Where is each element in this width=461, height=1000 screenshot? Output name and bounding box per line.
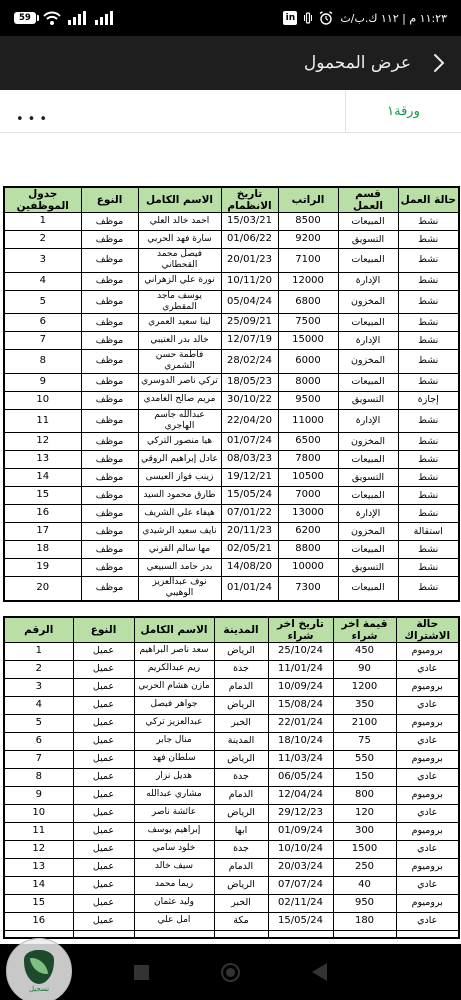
back-chevron-icon[interactable] <box>433 53 445 73</box>
cell-last-purchase-date[interactable]: 25/10/24 <box>268 642 333 660</box>
cell-name[interactable]: عبدالعزيز تركي <box>134 714 214 732</box>
cell-join-date[interactable]: 05/04/24 <box>221 290 278 314</box>
cell-name[interactable]: مها سالم القرني <box>138 541 221 559</box>
cell-num[interactable]: 3 <box>4 678 73 696</box>
cell-type[interactable]: موظف <box>81 559 138 577</box>
cell-name[interactable]: فاطمة حسن الشمري <box>138 350 221 374</box>
header-last-purchase-value[interactable]: قيمة اخر شراء <box>333 617 396 643</box>
cell-city[interactable]: مكة <box>214 912 268 930</box>
cell-name[interactable]: عائشة ناصر <box>134 804 214 822</box>
watermark-text: تسجيل <box>29 985 49 993</box>
cell-name[interactable]: يوسف ماجد المقطري <box>138 290 221 314</box>
cell-num[interactable]: 8 <box>4 350 81 374</box>
header-full-name[interactable]: الاسم الكامل <box>134 617 214 643</box>
cell-status[interactable]: نشط <box>398 350 459 374</box>
cell-num[interactable]: 12 <box>4 433 81 451</box>
cell-last-purchase-value[interactable]: 2100 <box>333 714 396 732</box>
cell-type[interactable]: موظف <box>81 409 138 433</box>
cell-name[interactable]: مريم صالح الغامدي <box>138 391 221 409</box>
cell-department[interactable]: المبيعات <box>338 487 398 505</box>
cell-type[interactable]: عميل <box>73 804 134 822</box>
cell-type[interactable]: عميل <box>73 894 134 912</box>
cell-city[interactable]: الدمام <box>214 786 268 804</box>
cell-department[interactable]: المخزون <box>338 290 398 314</box>
cell-last-purchase-date[interactable]: 29/12/23 <box>268 804 333 822</box>
cell-status[interactable]: نشط <box>398 541 459 559</box>
cell-salary[interactable]: 13000 <box>278 505 338 523</box>
cell-num[interactable]: 17 <box>4 523 81 541</box>
cell-num[interactable]: 2 <box>4 660 73 678</box>
cell-type[interactable]: موظف <box>81 231 138 249</box>
cell-num[interactable]: 19 <box>4 559 81 577</box>
table-row: بروميوم55011/03/24الرياضسلطان فهدعميل7 <box>4 750 459 768</box>
cell-last-purchase-date[interactable]: 10/09/24 <box>268 678 333 696</box>
cell-subscription-status[interactable]: بروميوم <box>396 786 459 804</box>
header-type[interactable]: النوع <box>73 617 134 643</box>
cell-type[interactable]: موظف <box>81 541 138 559</box>
cell-name[interactable]: مازن هشام الحربي <box>134 678 214 696</box>
cell-department[interactable]: المخزون <box>338 523 398 541</box>
cell-type[interactable]: عميل <box>73 822 134 840</box>
header-full-name[interactable]: الاسم الكامل <box>138 187 221 213</box>
cell-city[interactable]: الدمام <box>214 678 268 696</box>
more-menu-icon[interactable]: ••• <box>16 113 51 126</box>
cell-last-purchase-value[interactable]: 1500 <box>333 840 396 858</box>
table-row: نشطالإدارة1200010/11/20نورة علي الزهراني… <box>4 272 459 290</box>
header-employees-label[interactable]: جدول الموظفين <box>4 187 81 213</box>
cell-num[interactable]: 7 <box>4 332 81 350</box>
header-salary[interactable]: الراتب <box>278 187 338 213</box>
cell-type[interactable]: عميل <box>73 660 134 678</box>
cell-last-purchase-date[interactable]: 20/03/24 <box>268 858 333 876</box>
cell-city[interactable]: الخبر <box>214 714 268 732</box>
cell-subscription-status[interactable]: عادي <box>396 876 459 894</box>
cell-name[interactable]: سيف خالد <box>134 858 214 876</box>
cell-status[interactable]: نشط <box>398 373 459 391</box>
cell-department[interactable]: المبيعات <box>338 451 398 469</box>
cell-last-purchase-value[interactable]: 350 <box>333 696 396 714</box>
cell-type[interactable]: موظف <box>81 272 138 290</box>
cell-status[interactable]: استقالة <box>398 523 459 541</box>
cell-type[interactable]: موظف <box>81 290 138 314</box>
cell-num[interactable]: 4 <box>4 696 73 714</box>
cell-last-purchase-date[interactable]: 22/01/24 <box>268 714 333 732</box>
cell-salary[interactable]: 8800 <box>278 541 338 559</box>
cell-city[interactable]: الرياض <box>214 876 268 894</box>
table-row: عادي15006/05/24جدةهديل نزارعميل8 <box>4 768 459 786</box>
cell-name[interactable]: نوف عبدالعزيز الوهيبي <box>138 577 221 601</box>
cell-salary[interactable]: 8500 <box>278 213 338 231</box>
cell-department[interactable]: المبيعات <box>338 373 398 391</box>
cell-subscription-status[interactable]: عادي <box>396 660 459 678</box>
cell-join-date[interactable]: 01/06/22 <box>221 231 278 249</box>
header-city[interactable]: المدينة <box>214 617 268 643</box>
cell-last-purchase-value[interactable]: 800 <box>333 786 396 804</box>
cell-type[interactable]: موظف <box>81 373 138 391</box>
header-department[interactable]: قسم العمل <box>338 187 398 213</box>
cell-subscription-status[interactable]: بروميوم <box>396 642 459 660</box>
cell-status[interactable]: نشط <box>398 505 459 523</box>
cell-join-date[interactable]: 12/07/19 <box>221 332 278 350</box>
cell-join-date[interactable]: 30/10/22 <box>221 391 278 409</box>
table-row: نشطالمبيعات800018/05/23تركي ناصر الدوسري… <box>4 373 459 391</box>
header-type[interactable]: النوع <box>81 187 138 213</box>
cell-num[interactable]: 6 <box>4 314 81 332</box>
cell-last-purchase-date[interactable]: 11/01/24 <box>268 660 333 678</box>
cell-name[interactable]: خالد بدر العتيبي <box>138 332 221 350</box>
cell-join-date[interactable]: 19/12/21 <box>221 469 278 487</box>
cell-status[interactable]: نشط <box>398 487 459 505</box>
cell-subscription-status[interactable]: عادي <box>396 912 459 930</box>
cell-type[interactable]: عميل <box>73 840 134 858</box>
cell-type[interactable]: عميل <box>73 876 134 894</box>
cell-last-purchase-value[interactable]: 1200 <box>333 678 396 696</box>
sheet-tab[interactable]: ورقة١ <box>345 90 461 132</box>
cell-city[interactable]: الخبر <box>214 894 268 912</box>
cell-name[interactable]: امل علي <box>134 912 214 930</box>
header-work-status[interactable]: حالة العمل <box>398 187 459 213</box>
table-row: عادي4007/07/24الرياضريما محمدعميل14 <box>4 876 459 894</box>
header-last-purchase-date[interactable]: تاريخ اخر شراء <box>268 617 333 643</box>
cell-num[interactable]: 15 <box>4 894 73 912</box>
linkedin-icon: in <box>283 11 297 25</box>
cell-name[interactable]: احمد خالد العلي <box>138 213 221 231</box>
cell-status[interactable]: نشط <box>398 213 459 231</box>
header-join-date[interactable]: تاريخ الانظمام <box>221 187 278 213</box>
cell-subscription-status[interactable]: عادي <box>396 768 459 786</box>
cell-last-purchase-date[interactable]: 10/10/24 <box>268 840 333 858</box>
cell-last-purchase-value[interactable]: 450 <box>333 642 396 660</box>
cell-department[interactable]: الإدارة <box>338 272 398 290</box>
cell-num[interactable]: 14 <box>4 876 73 894</box>
cell-subscription-status[interactable]: عادي <box>396 696 459 714</box>
cell-type[interactable]: موظف <box>81 577 138 601</box>
cell-name[interactable]: هيفاء علي الشريف <box>138 505 221 523</box>
cell-last-purchase-value[interactable]: 120 <box>333 804 396 822</box>
cell-department[interactable]: التسويق <box>338 469 398 487</box>
cell-last-purchase-date[interactable]: 02/11/24 <box>268 894 333 912</box>
table-row: نشطالمبيعات700015/05/24طارق محمود السيدم… <box>4 487 459 505</box>
cell-last-purchase-value[interactable]: 90 <box>333 660 396 678</box>
cell-num[interactable]: 5 <box>4 714 73 732</box>
cell-join-date[interactable]: 15/03/21 <box>221 213 278 231</box>
cell-num[interactable]: 18 <box>4 541 81 559</box>
cell-type[interactable]: عميل <box>73 750 134 768</box>
cell-name[interactable]: منال جابر <box>134 732 214 750</box>
cell-type[interactable]: عميل <box>73 786 134 804</box>
cell-join-date[interactable]: 22/04/20 <box>221 409 278 433</box>
cell-last-purchase-value[interactable]: 75 <box>333 732 396 750</box>
cell-status[interactable]: نشط <box>398 409 459 433</box>
cell-type[interactable]: عميل <box>73 858 134 876</box>
cell-last-purchase-value[interactable]: 150 <box>333 768 396 786</box>
cell-salary[interactable]: 6800 <box>278 290 338 314</box>
cell-name[interactable]: فيصل محمد القحطاني <box>138 249 221 273</box>
cell-salary[interactable]: 7000 <box>278 487 338 505</box>
cell-num[interactable]: 16 <box>4 505 81 523</box>
cell-name[interactable]: لينا سعيد العمري <box>138 314 221 332</box>
cell-join-date[interactable]: 15/05/24 <box>221 487 278 505</box>
cell-type[interactable]: موظف <box>81 350 138 374</box>
table-row: بروميوم30001/09/24ابهاإبراهيم يوسفعميل11 <box>4 822 459 840</box>
cell-subscription-status[interactable]: عادي <box>396 840 459 858</box>
cell-name[interactable]: سلطان فهد <box>134 750 214 768</box>
cell-join-date[interactable]: 18/05/23 <box>221 373 278 391</box>
employees-table: حالة العمل قسم العمل الراتب تاريخ الانظم… <box>3 186 460 602</box>
cell-num[interactable]: 7 <box>4 750 73 768</box>
cell-status[interactable]: نشط <box>398 314 459 332</box>
cell-join-date[interactable]: 01/01/24 <box>221 577 278 601</box>
cell-num[interactable]: 3 <box>4 249 81 273</box>
cell-status[interactable]: نشط <box>398 469 459 487</box>
cell-num[interactable]: 4 <box>4 272 81 290</box>
cell-num[interactable]: 13 <box>4 858 73 876</box>
cell-salary[interactable]: 7800 <box>278 451 338 469</box>
cell-name[interactable]: طارق محمود السيد <box>138 487 221 505</box>
cell-num[interactable]: 20 <box>4 577 81 601</box>
cell-type[interactable]: موظف <box>81 523 138 541</box>
header-subscription-status[interactable]: حالة الاشتراك <box>396 617 459 643</box>
cell-department[interactable]: المخزون <box>338 350 398 374</box>
cell-num[interactable]: 15 <box>4 487 81 505</box>
cell-subscription-status[interactable]: بروميوم <box>396 822 459 840</box>
cell-type[interactable]: موظف <box>81 469 138 487</box>
cell-num[interactable]: 12 <box>4 840 73 858</box>
cell-join-date[interactable]: 10/11/20 <box>221 272 278 290</box>
cell-name[interactable]: هديل نزار <box>134 768 214 786</box>
cell-name[interactable]: سعد ناصر البراهيم <box>134 642 214 660</box>
cell-last-purchase-date[interactable]: 18/10/24 <box>268 732 333 750</box>
cell-last-purchase-date[interactable]: 15/05/24 <box>268 912 333 930</box>
cell-num[interactable]: 11 <box>4 822 73 840</box>
cell-department[interactable]: الإدارة <box>338 505 398 523</box>
cell-status[interactable]: نشط <box>398 290 459 314</box>
sheet-toolbar: ورقة١ ••• <box>0 90 461 133</box>
cell-salary[interactable]: 6000 <box>278 350 338 374</box>
cell-subscription-status[interactable]: بروميوم <box>396 750 459 768</box>
cell-num[interactable]: 6 <box>4 732 73 750</box>
cell-type[interactable]: عميل <box>73 732 134 750</box>
cell-type[interactable]: عميل <box>73 696 134 714</box>
cell-status[interactable]: إجازة <box>398 391 459 409</box>
cell-name[interactable]: إبراهيم يوسف <box>134 822 214 840</box>
cell-department[interactable]: التسويق <box>338 231 398 249</box>
cell-city[interactable]: المدينة <box>214 732 268 750</box>
cell-status[interactable]: نشط <box>398 577 459 601</box>
cell-last-purchase-date[interactable]: 06/05/24 <box>268 768 333 786</box>
table-row: نشطالمبيعات750025/09/21لينا سعيد العمريم… <box>4 314 459 332</box>
customers-table: حالة الاشتراك قيمة اخر شراء تاريخ اخر شر… <box>3 616 460 940</box>
cell-name[interactable]: نايف سعيد الرشيدي <box>138 523 221 541</box>
cell-salary[interactable]: 6200 <box>278 523 338 541</box>
cell-signal-icon <box>68 11 88 25</box>
cell-subscription-status[interactable]: بروميوم <box>396 858 459 876</box>
cell-type[interactable]: موظف <box>81 213 138 231</box>
cell-num[interactable]: 11 <box>4 409 81 433</box>
cell-join-date[interactable]: 28/02/24 <box>221 350 278 374</box>
cell-name[interactable]: سارة فهد الحربي <box>138 231 221 249</box>
cell-city[interactable]: الرياض <box>214 750 268 768</box>
cell-num[interactable]: 9 <box>4 786 73 804</box>
cell-name[interactable]: ريما محمد <box>134 876 214 894</box>
cell-salary[interactable]: 7100 <box>278 249 338 273</box>
cell-name[interactable]: زينب فواز العيسى <box>138 469 221 487</box>
cell-city[interactable]: ابها <box>214 822 268 840</box>
cell-name[interactable]: عبدالله جاسم الهاجري <box>138 409 221 433</box>
cell-join-date[interactable]: 20/01/23 <box>221 249 278 273</box>
cell-type[interactable]: عميل <box>73 912 134 930</box>
cell-salary[interactable]: 10000 <box>278 559 338 577</box>
cell-type[interactable]: موظف <box>81 433 138 451</box>
empty-cell <box>4 930 73 938</box>
cell-name[interactable]: خلود سامي <box>134 840 214 858</box>
back-button-icon[interactable] <box>312 963 327 981</box>
cell-name[interactable]: ريم عبدالكريم <box>134 660 214 678</box>
cell-department[interactable]: المخزون <box>338 433 398 451</box>
cell-join-date[interactable]: 07/01/22 <box>221 505 278 523</box>
cell-department[interactable]: التسويق <box>338 391 398 409</box>
recents-button-icon[interactable] <box>134 965 149 980</box>
table-row: بروميوم95002/11/24الخبروليد عثمانعميل15 <box>4 894 459 912</box>
cell-num[interactable]: 1 <box>4 213 81 231</box>
cell-type[interactable]: موظف <box>81 332 138 350</box>
cell-num[interactable]: 8 <box>4 768 73 786</box>
cell-type[interactable]: عميل <box>73 642 134 660</box>
status-right-icons: in ١١:٢٣ م | ١١٢ ك.ب/ث <box>283 11 447 25</box>
empty-cell <box>333 930 396 938</box>
cell-status[interactable]: نشط <box>398 433 459 451</box>
cell-join-date[interactable]: 08/03/23 <box>221 451 278 469</box>
vibrate-icon <box>304 12 312 24</box>
cell-city[interactable]: جدة <box>214 840 268 858</box>
cell-last-purchase-date[interactable]: 07/07/24 <box>268 876 333 894</box>
cell-status[interactable]: نشط <box>398 249 459 273</box>
cell-salary[interactable]: 9200 <box>278 231 338 249</box>
cell-city[interactable]: جدة <box>214 768 268 786</box>
cell-last-purchase-value[interactable]: 250 <box>333 858 396 876</box>
cell-last-purchase-date[interactable]: 11/03/24 <box>268 750 333 768</box>
header-number[interactable]: الرقم <box>4 617 73 643</box>
table-row: نشطالتسويق1050019/12/21زينب فواز العيسىم… <box>4 469 459 487</box>
cell-last-purchase-value[interactable]: 950 <box>333 894 396 912</box>
cell-salary[interactable]: 10500 <box>278 469 338 487</box>
cell-status[interactable]: نشط <box>398 231 459 249</box>
cell-type[interactable]: موظف <box>81 487 138 505</box>
cell-city[interactable]: الرياض <box>214 696 268 714</box>
cell-num[interactable]: 16 <box>4 912 73 930</box>
cell-department[interactable]: الإدارة <box>338 409 398 433</box>
cell-last-purchase-date[interactable]: 15/08/24 <box>268 696 333 714</box>
cell-city[interactable]: الرياض <box>214 642 268 660</box>
cell-subscription-status[interactable]: بروميوم <box>396 894 459 912</box>
cell-department[interactable]: المبيعات <box>338 541 398 559</box>
cell-department[interactable]: المبيعات <box>338 213 398 231</box>
cell-subscription-status[interactable]: عادي <box>396 732 459 750</box>
cell-status[interactable]: نشط <box>398 272 459 290</box>
cell-num[interactable]: 5 <box>4 290 81 314</box>
empty-cell <box>73 930 134 938</box>
cell-department[interactable]: المبيعات <box>338 249 398 273</box>
cell-salary[interactable]: 7300 <box>278 577 338 601</box>
cell-type[interactable]: عميل <box>73 678 134 696</box>
cell-subscription-status[interactable]: بروميوم <box>396 678 459 696</box>
cell-name[interactable]: هيا منصور التركي <box>138 433 221 451</box>
cell-status[interactable]: نشط <box>398 451 459 469</box>
cell-salary[interactable]: 15000 <box>278 332 338 350</box>
cell-name[interactable]: وليد عثمان <box>134 894 214 912</box>
cell-num[interactable]: 10 <box>4 804 73 822</box>
customers-header-row: حالة الاشتراك قيمة اخر شراء تاريخ اخر شر… <box>4 617 459 643</box>
cell-salary[interactable]: 6500 <box>278 433 338 451</box>
alarm-icon <box>319 11 333 25</box>
cell-type[interactable]: عميل <box>73 768 134 786</box>
cell-subscription-status[interactable]: عادي <box>396 804 459 822</box>
home-button-icon[interactable] <box>221 963 240 982</box>
cell-department[interactable]: التسويق <box>338 559 398 577</box>
cell-last-purchase-date[interactable]: 12/04/24 <box>268 786 333 804</box>
table-row: عادي150010/10/24جدةخلود ساميعميل12 <box>4 840 459 858</box>
cell-salary[interactable]: 11000 <box>278 409 338 433</box>
cell-name[interactable]: نورة علي الزهراني <box>138 272 221 290</box>
cell-last-purchase-value[interactable]: 180 <box>333 912 396 930</box>
cell-city[interactable]: الرياض <box>214 804 268 822</box>
cell-name[interactable]: مشاري عبدالله <box>134 786 214 804</box>
cell-join-date[interactable]: 02/05/21 <box>221 541 278 559</box>
cell-status[interactable]: نشط <box>398 559 459 577</box>
cell-salary[interactable]: 7500 <box>278 314 338 332</box>
cell-department[interactable]: المبيعات <box>338 577 398 601</box>
cell-department[interactable]: المبيعات <box>338 314 398 332</box>
cell-type[interactable]: موظف <box>81 314 138 332</box>
cell-type[interactable]: موظف <box>81 505 138 523</box>
cell-salary[interactable]: 9500 <box>278 391 338 409</box>
cell-last-purchase-date[interactable]: 01/09/24 <box>268 822 333 840</box>
cell-city[interactable]: الدمام <box>214 858 268 876</box>
cell-num[interactable]: 13 <box>4 451 81 469</box>
cell-status[interactable]: نشط <box>398 332 459 350</box>
cell-num[interactable]: 9 <box>4 373 81 391</box>
cell-name[interactable]: بدر حامد السبيعي <box>138 559 221 577</box>
table-row: نشطالمبيعات780008/03/23عادل إبراهيم الرو… <box>4 451 459 469</box>
cell-type[interactable]: موظف <box>81 249 138 273</box>
cell-type[interactable]: موظف <box>81 391 138 409</box>
cell-join-date[interactable]: 14/08/20 <box>221 559 278 577</box>
cell-name[interactable]: جواهر فيصل <box>134 696 214 714</box>
table-row: بروميوم210022/01/24الخبرعبدالعزيز تركيعم… <box>4 714 459 732</box>
cell-num[interactable]: 2 <box>4 231 81 249</box>
cell-type[interactable]: عميل <box>73 714 134 732</box>
page-title: عرض المحمول <box>304 53 411 73</box>
cell-join-date[interactable]: 01/07/24 <box>221 433 278 451</box>
cell-join-date[interactable]: 20/11/23 <box>221 523 278 541</box>
cell-last-purchase-value[interactable]: 40 <box>333 876 396 894</box>
cell-salary[interactable]: 12000 <box>278 272 338 290</box>
cell-subscription-status[interactable]: بروميوم <box>396 714 459 732</box>
cell-type[interactable]: موظف <box>81 451 138 469</box>
cell-join-date[interactable]: 25/09/21 <box>221 314 278 332</box>
cell-num[interactable]: 10 <box>4 391 81 409</box>
cell-salary[interactable]: 8000 <box>278 373 338 391</box>
cell-name[interactable]: تركي ناصر الدوسري <box>138 373 221 391</box>
cell-num[interactable]: 1 <box>4 642 73 660</box>
cell-num[interactable]: 14 <box>4 469 81 487</box>
cell-city[interactable]: جدة <box>214 660 268 678</box>
cell-name[interactable]: عادل إبراهيم الروقي <box>138 451 221 469</box>
table-row: نشطالمخزون680005/04/24يوسف ماجد المقطريم… <box>4 290 459 314</box>
cell-last-purchase-value[interactable]: 300 <box>333 822 396 840</box>
cell-last-purchase-value[interactable]: 550 <box>333 750 396 768</box>
cell-department[interactable]: الإدارة <box>338 332 398 350</box>
